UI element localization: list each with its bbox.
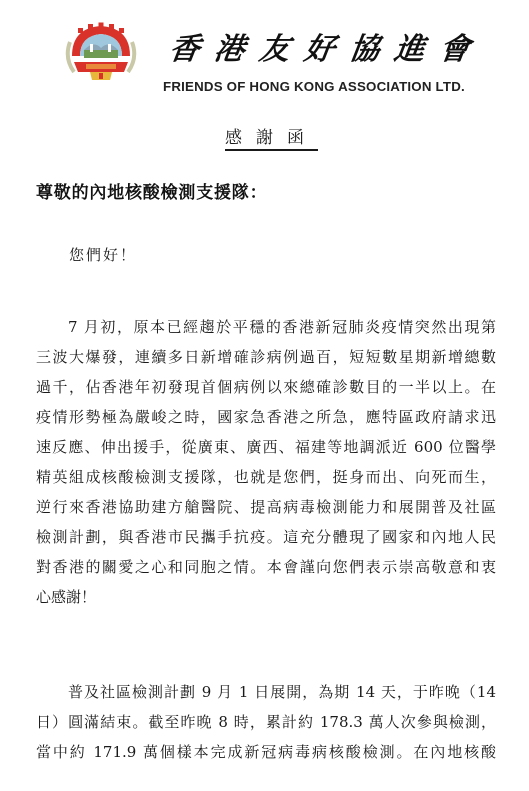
org-name-char: 香 [167,24,203,68]
paragraph-line: 日）圓滿結束。截至昨晚 8 時，累計約 178.3 萬人次參與檢測， [36,707,496,737]
paragraph-line: 心感謝！ [36,582,496,612]
paragraph-line: 逆行來香港協助建方艙醫院、提高病毒檢測能力和展開普及社區 [36,492,496,522]
letter-title-text: 感謝函 [225,128,318,148]
organization-name-english: FRIENDS OF HONG KONG ASSOCIATION LTD. [163,79,483,94]
body-paragraph-2: 普及社區檢測計劃 9 月 1 日展開，為期 14 天，于昨晚（14 日）圓滿結束… [36,677,496,767]
paragraph-line: 過千，佔香港年初發現首個病例以來總確診數目的一半以上。在 [36,372,496,402]
greeting: 您們好！ [69,244,137,265]
org-name-char: 會 [437,24,473,68]
org-name-char: 友 [257,24,293,68]
org-name-char: 好 [302,24,338,68]
paragraph-line: 精英組成核酸檢測支援隊，也就是您們，挺身而出、向死而生， [36,462,496,492]
paragraph-line: 速反應、伸出援手，從廣東、廣西、福建等地調派近 600 位醫學 [36,432,496,462]
association-emblem-icon [64,22,138,84]
salutation: 尊敬的內地核酸檢測支援隊： [36,178,267,203]
org-name-char: 進 [392,24,428,68]
org-name-char: 協 [347,24,383,68]
body-paragraph-1: 7 月初，原本已經趨於平穩的香港新冠肺炎疫情突然出現第 三波大爆發，連續多日新增… [36,312,496,612]
paragraph-line: 對香港的關愛之心和同胞之情。本會謹向您們表示崇高敬意和衷 [36,552,496,582]
letter-title: 感謝函 [0,123,529,148]
paragraph-line: 三波大爆發，連續多日新增確診病例過百，短短數星期新增總數 [36,342,496,372]
letterhead: 香 港 友 好 協 進 會 FRIENDS OF HONG KONG ASSOC… [0,0,529,100]
paragraph-line: 疫情形勢極為嚴峻之時，國家急香港之所急，應特區政府請求迅 [36,402,496,432]
paragraph-line: 7 月初，原本已經趨於平穩的香港新冠肺炎疫情突然出現第 [36,312,496,342]
organization-name-chinese: 香 港 友 好 協 進 會 [170,26,470,66]
org-name-char: 港 [212,24,248,68]
paragraph-line: 普及社區檢測計劃 9 月 1 日展開，為期 14 天，于昨晚（14 [36,677,496,707]
paragraph-line: 檢測計劃，與香港市民攜手抗疫。這充分體現了國家和內地人民 [36,522,496,552]
paragraph-line: 當中約 171.9 萬個樣本完成新冠病毒病核酸檢測。在內地核酸 [36,737,496,767]
